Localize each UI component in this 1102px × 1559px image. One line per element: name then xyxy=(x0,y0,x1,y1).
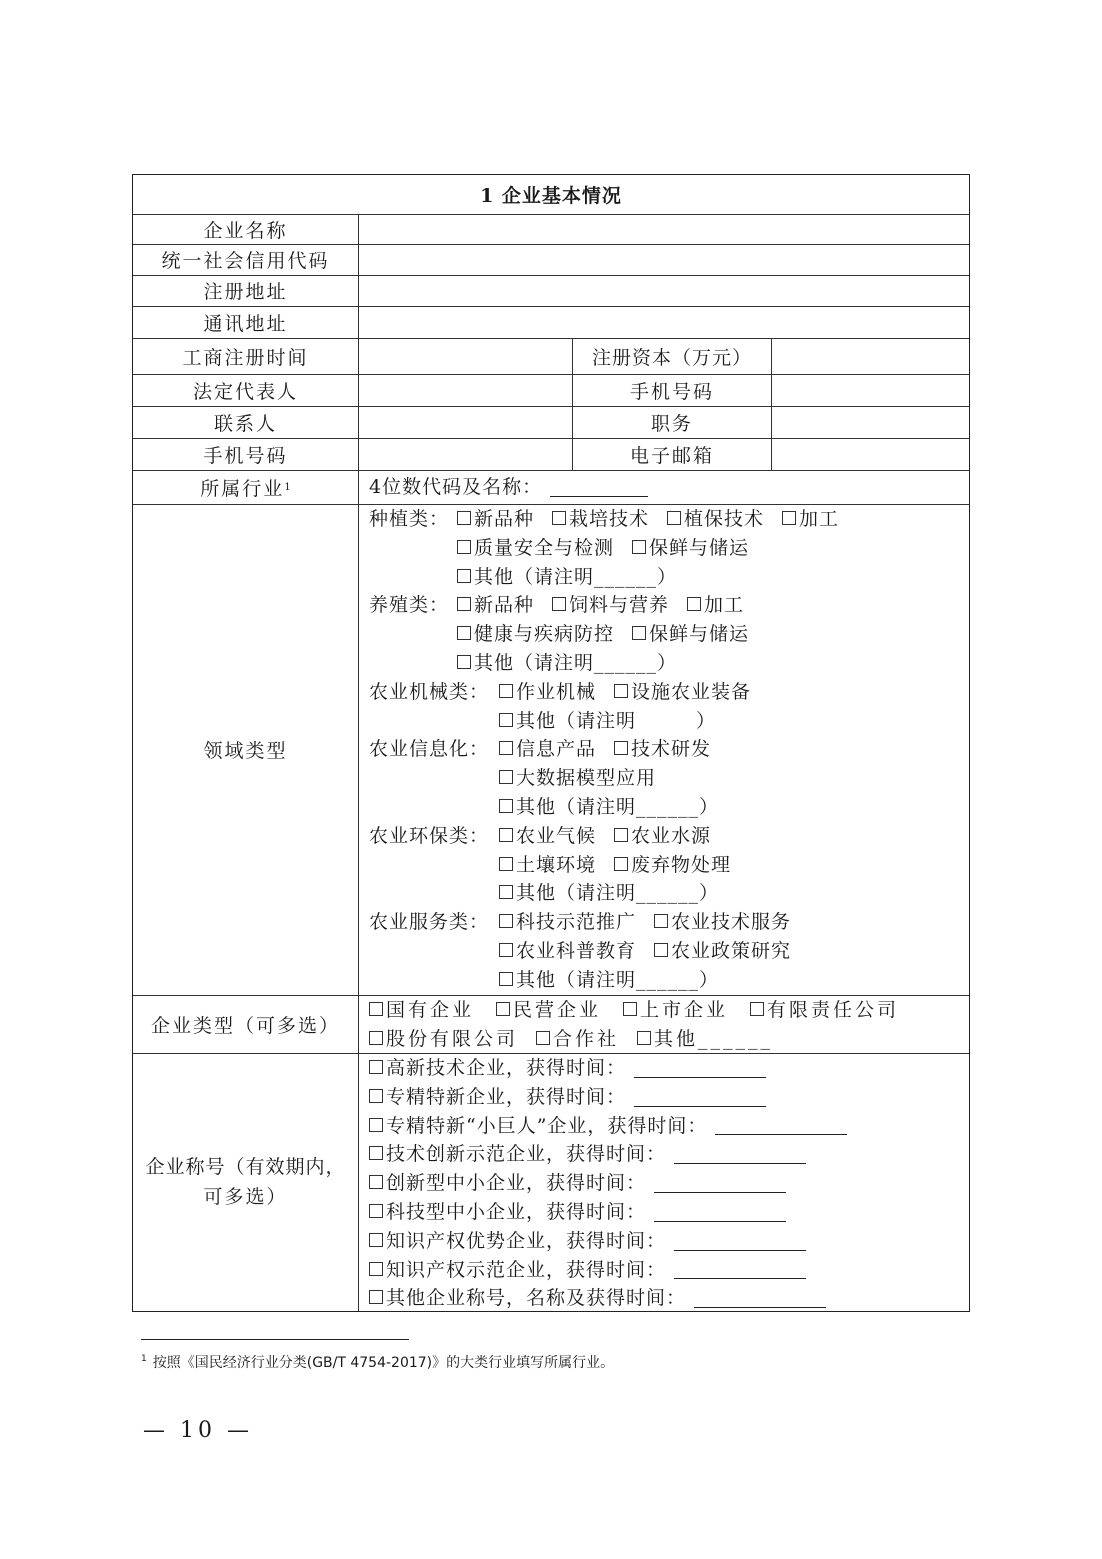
label-contact-person: 联系人 xyxy=(133,406,358,438)
domain-option-checkbox[interactable]: 其他（请注明______） xyxy=(499,793,719,822)
label-company-name: 企业名称 xyxy=(133,214,358,244)
domain-option-checkbox[interactable]: 其他（请注明______） xyxy=(457,563,677,592)
option-label: 技术研发 xyxy=(631,738,711,760)
enterprise-title-checkbox[interactable]: 技术创新示范企业，获得时间： xyxy=(369,1140,666,1169)
domain-option-row: 其他（请注明______） xyxy=(369,649,857,678)
domain-option-checkbox[interactable]: 农业政策研究 xyxy=(654,937,791,966)
date-obtained-blank[interactable] xyxy=(634,1059,766,1078)
checkbox-icon[interactable] xyxy=(369,1204,383,1218)
enterprise-title-checkbox[interactable]: 其他企业称号，名称及获得时间： xyxy=(369,1284,686,1313)
domain-option-checkbox[interactable]: 新品种 xyxy=(457,505,534,534)
enterprise-title-checkbox[interactable]: 科技型中小企业，获得时间： xyxy=(369,1198,646,1227)
domain-option-checkbox[interactable]: 植保技术 xyxy=(667,505,764,534)
option-label: 农业技术服务 xyxy=(671,911,791,933)
option-label: 专精特新“小巨人”企业，获得时间： xyxy=(386,1115,707,1137)
checkbox-icon[interactable] xyxy=(369,1060,383,1074)
option-label: 农业政策研究 xyxy=(671,940,791,962)
domain-option-checkbox[interactable]: 技术研发 xyxy=(614,735,711,764)
label-legal-rep-phone: 手机号码 xyxy=(573,374,771,406)
email-field[interactable] xyxy=(772,438,969,470)
enterprise-info-table: 1 企业基本情况 企业名称 统一社会信用代码 注册地址 通讯地址 工商注册时间 … xyxy=(132,174,970,1312)
domain-option-checkbox[interactable]: 质量安全与检测 xyxy=(457,534,614,563)
option-label: 大数据模型应用 xyxy=(516,767,656,789)
checkbox-icon[interactable] xyxy=(369,1262,383,1276)
enterprise-type-checkbox[interactable]: 股份有限公司 xyxy=(369,1025,518,1054)
domain-option-row: 种植类：新品种栽培技术植保技术加工 xyxy=(369,505,857,534)
label-contact-phone: 手机号码 xyxy=(133,438,358,470)
domain-option-checkbox[interactable]: 保鲜与储运 xyxy=(632,620,749,649)
domain-type-options: 种植类：新品种栽培技术植保技术加工质量安全与检测保鲜与储运其他（请注明_____… xyxy=(369,505,857,995)
checkbox-icon[interactable] xyxy=(632,540,646,554)
enterprise-type-checkbox[interactable]: 国有企业 xyxy=(369,996,474,1025)
domain-option-checkbox[interactable]: 农业科普教育 xyxy=(499,937,636,966)
option-label: 其他（请注明______） xyxy=(516,882,719,904)
checkbox-icon[interactable] xyxy=(614,684,628,698)
enterprise-title-row: 知识产权示范企业，获得时间： xyxy=(369,1256,847,1285)
option-label: 土壤环境 xyxy=(516,854,596,876)
option-label: 其他（请注明______） xyxy=(516,796,719,818)
label-registration-date: 工商注册时间 xyxy=(133,338,358,374)
domain-option-checkbox[interactable]: 健康与疾病防控 xyxy=(457,620,614,649)
domain-option-row: 大数据模型应用 xyxy=(369,764,857,793)
option-label: 其他（请注明______） xyxy=(474,652,677,674)
option-label: 其他企业称号，名称及获得时间： xyxy=(386,1287,686,1309)
domain-option-checkbox[interactable]: 其他（请注明______） xyxy=(499,966,719,995)
checkbox-icon[interactable] xyxy=(499,914,513,928)
checkbox-icon[interactable] xyxy=(499,943,513,957)
checkbox-icon[interactable] xyxy=(457,540,471,554)
domain-option-checkbox[interactable]: 农业水源 xyxy=(614,822,711,851)
domain-option-checkbox[interactable]: 饲料与营养 xyxy=(552,591,669,620)
domain-category-label: 农业机械类： xyxy=(369,678,499,707)
option-label: 民营企业 xyxy=(513,999,601,1021)
domain-option-row: 其他（请注明______） xyxy=(369,563,857,592)
option-label: 加工 xyxy=(799,508,839,530)
checkbox-icon[interactable] xyxy=(667,511,681,525)
domain-option-checkbox[interactable]: 农业气候 xyxy=(499,822,596,851)
domain-option-checkbox[interactable]: 信息产品 xyxy=(499,735,596,764)
enterprise-title-row: 其他企业称号，名称及获得时间： xyxy=(369,1284,847,1313)
legal-representative-field[interactable] xyxy=(359,374,572,406)
domain-category-label: 农业服务类： xyxy=(369,908,499,937)
enterprise-title-row: 知识产权优势企业，获得时间： xyxy=(369,1227,847,1256)
checkbox-icon[interactable] xyxy=(499,828,513,842)
table-title: 1 企业基本情况 xyxy=(133,175,969,214)
checkbox-icon[interactable] xyxy=(457,597,471,611)
footnote-text: 按照《国民经济行业分类(GB/T 4754-2017)》的大类行业填写所属行业。 xyxy=(153,1355,614,1371)
domain-option-checkbox[interactable]: 土壤环境 xyxy=(499,851,596,880)
checkbox-icon[interactable] xyxy=(457,655,471,669)
date-obtained-blank[interactable] xyxy=(674,1260,806,1279)
domain-option-checkbox[interactable]: 废弃物处理 xyxy=(614,851,731,880)
option-label: 知识产权示范企业，获得时间： xyxy=(386,1259,666,1281)
checkbox-icon[interactable] xyxy=(499,972,513,986)
checkbox-icon[interactable] xyxy=(457,626,471,640)
mailing-address-field[interactable] xyxy=(359,306,969,338)
option-label: 上市企业 xyxy=(640,999,728,1021)
option-label: 专精特新企业，获得时间： xyxy=(386,1086,626,1108)
option-label: 创新型中小企业，获得时间： xyxy=(386,1172,646,1194)
label-enterprise-type: 企业类型（可多选） xyxy=(133,995,358,1053)
enterprise-type-checkbox[interactable]: 有限责任公司 xyxy=(750,996,899,1025)
option-label: 科技型中小企业，获得时间： xyxy=(386,1201,646,1223)
legal-rep-phone-field[interactable] xyxy=(772,374,969,406)
domain-option-row: 健康与疾病防控保鲜与储运 xyxy=(369,620,857,649)
checkbox-icon[interactable] xyxy=(499,799,513,813)
date-obtained-blank[interactable] xyxy=(674,1232,806,1251)
checkbox-icon[interactable] xyxy=(499,885,513,899)
registered-address-field[interactable] xyxy=(359,275,969,306)
enterprise-type-checkbox[interactable]: 民营企业 xyxy=(496,996,601,1025)
checkbox-icon[interactable] xyxy=(369,1089,383,1103)
option-label: 废弃物处理 xyxy=(631,854,731,876)
checkbox-icon[interactable] xyxy=(369,1175,383,1189)
option-label: 保鲜与储运 xyxy=(649,537,749,559)
domain-option-checkbox[interactable]: 大数据模型应用 xyxy=(499,764,656,793)
domain-option-row: 质量安全与检测保鲜与储运 xyxy=(369,534,857,563)
option-label: 农业水源 xyxy=(631,825,711,847)
domain-category-label: 农业信息化： xyxy=(369,735,499,764)
footnote-number: 1 xyxy=(141,1354,147,1364)
checkbox-icon[interactable] xyxy=(614,857,628,871)
checkbox-icon[interactable] xyxy=(369,1118,383,1132)
checkbox-icon[interactable] xyxy=(496,1002,510,1016)
checkbox-icon[interactable] xyxy=(782,511,796,525)
titles-label-line1: 企业称号（有效期内， xyxy=(145,1152,345,1182)
checkbox-icon[interactable] xyxy=(654,943,668,957)
checkbox-icon[interactable] xyxy=(637,1031,651,1045)
checkbox-icon[interactable] xyxy=(614,828,628,842)
option-label: 合作社 xyxy=(553,1028,619,1050)
titles-label-line2: 可多选） xyxy=(203,1182,287,1212)
checkbox-icon[interactable] xyxy=(614,741,628,755)
domain-category-label: 农业环保类： xyxy=(369,822,499,851)
checkbox-icon[interactable] xyxy=(750,1002,764,1016)
industry-code-blank[interactable] xyxy=(550,478,648,497)
enterprise-title-row: 科技型中小企业，获得时间： xyxy=(369,1198,847,1227)
enterprise-type-checkbox[interactable]: 合作社 xyxy=(536,1025,619,1054)
label-email: 电子邮箱 xyxy=(573,438,771,470)
option-label: 国有企业 xyxy=(386,999,474,1021)
option-label: 新品种 xyxy=(474,594,534,616)
domain-option-checkbox[interactable]: 科技示范推广 xyxy=(499,908,636,937)
checkbox-icon[interactable] xyxy=(499,857,513,871)
checkbox-icon[interactable] xyxy=(536,1031,550,1045)
domain-option-checkbox[interactable]: 加工 xyxy=(782,505,839,534)
label-legal-representative: 法定代表人 xyxy=(133,374,358,406)
option-label: 信息产品 xyxy=(516,738,596,760)
option-label: 高新技术企业，获得时间： xyxy=(386,1057,626,1079)
domain-option-checkbox[interactable]: 其他（请注明______） xyxy=(457,649,677,678)
contact-phone-field[interactable] xyxy=(359,438,572,470)
footnote: 1按照《国民经济行业分类(GB/T 4754-2017)》的大类行业填写所属行业… xyxy=(141,1352,614,1372)
option-label: 知识产权优势企业，获得时间： xyxy=(386,1230,666,1252)
domain-option-row: 其他（请注明 ） xyxy=(369,707,857,736)
enterprise-title-checkbox[interactable]: 专精特新企业，获得时间： xyxy=(369,1083,626,1112)
domain-option-checkbox[interactable]: 设施农业装备 xyxy=(614,678,751,707)
checkbox-icon[interactable] xyxy=(552,511,566,525)
page-number: — 10 — xyxy=(143,1418,253,1443)
enterprise-type-checkbox[interactable]: 上市企业 xyxy=(623,996,728,1025)
checkbox-icon[interactable] xyxy=(654,914,668,928)
credit-code-field[interactable] xyxy=(359,244,969,275)
option-label: 技术创新示范企业，获得时间： xyxy=(386,1143,666,1165)
option-label: 保鲜与储运 xyxy=(649,623,749,645)
option-label: 加工 xyxy=(704,594,744,616)
enterprise-title-checkbox[interactable]: 知识产权示范企业，获得时间： xyxy=(369,1256,666,1285)
checkbox-icon[interactable] xyxy=(369,1031,383,1045)
label-industry: 所属行业1 xyxy=(133,470,358,504)
industry-prompt: 4位数代码及名称： xyxy=(369,473,542,502)
registration-date-field[interactable] xyxy=(359,338,572,374)
enterprise-title-row: 专精特新企业，获得时间： xyxy=(369,1083,847,1112)
checkbox-icon[interactable] xyxy=(623,1002,637,1016)
option-label: 农业科普教育 xyxy=(516,940,636,962)
position-field[interactable] xyxy=(772,406,969,438)
checkbox-icon[interactable] xyxy=(499,770,513,784)
domain-option-row: 土壤环境废弃物处理 xyxy=(369,851,857,880)
enterprise-title-row: 专精特新“小巨人”企业，获得时间： xyxy=(369,1112,847,1141)
date-obtained-blank[interactable] xyxy=(654,1203,786,1222)
enterprise-title-options: 高新技术企业，获得时间：专精特新企业，获得时间：专精特新“小巨人”企业，获得时间… xyxy=(369,1054,847,1313)
domain-option-checkbox[interactable]: 其他（请注明 ） xyxy=(499,707,716,736)
option-label: 饲料与营养 xyxy=(569,594,669,616)
domain-option-checkbox[interactable]: 栽培技术 xyxy=(552,505,649,534)
option-label: 股份有限公司 xyxy=(386,1028,518,1050)
checkbox-icon[interactable] xyxy=(499,713,513,727)
checkbox-icon[interactable] xyxy=(369,1233,383,1247)
company-name-field[interactable] xyxy=(359,214,969,244)
checkbox-icon[interactable] xyxy=(369,1146,383,1160)
domain-option-checkbox[interactable]: 新品种 xyxy=(457,591,534,620)
date-obtained-blank[interactable] xyxy=(634,1088,766,1107)
option-label: 栽培技术 xyxy=(569,508,649,530)
option-label: 质量安全与检测 xyxy=(474,537,614,559)
option-label: 科技示范推广 xyxy=(516,911,636,933)
domain-option-row: 其他（请注明______） xyxy=(369,966,857,995)
domain-option-row: 养殖类：新品种饲料与营养加工 xyxy=(369,591,857,620)
option-label: 其他（请注明______） xyxy=(516,969,719,991)
date-obtained-blank[interactable] xyxy=(694,1289,826,1308)
checkbox-icon[interactable] xyxy=(499,741,513,755)
enterprise-title-checkbox[interactable]: 专精特新“小巨人”企业，获得时间： xyxy=(369,1112,707,1141)
domain-option-checkbox[interactable]: 加工 xyxy=(687,591,744,620)
checkbox-icon[interactable] xyxy=(369,1002,383,1016)
label-registered-capital: 注册资本（万元） xyxy=(573,338,771,374)
footnote-separator xyxy=(141,1339,409,1340)
registered-capital-field[interactable] xyxy=(772,338,969,374)
label-domain-type: 领域类型 xyxy=(133,504,358,995)
checkbox-icon[interactable] xyxy=(687,597,701,611)
domain-option-checkbox[interactable]: 农业技术服务 xyxy=(654,908,791,937)
industry-code-field[interactable]: 4位数代码及名称： xyxy=(369,473,648,502)
label-credit-code: 统一社会信用代码 xyxy=(133,244,358,275)
label-mailing-address: 通讯地址 xyxy=(133,306,358,338)
domain-category-label: 养殖类： xyxy=(369,591,457,620)
domain-option-checkbox[interactable]: 保鲜与储运 xyxy=(632,534,749,563)
enterprise-title-checkbox[interactable]: 高新技术企业，获得时间： xyxy=(369,1054,626,1083)
date-obtained-blank[interactable] xyxy=(715,1116,847,1135)
option-label: 其他（请注明______） xyxy=(474,566,677,588)
label-enterprise-titles: 企业称号（有效期内， 可多选） xyxy=(133,1053,358,1311)
checkbox-icon[interactable] xyxy=(632,626,646,640)
domain-category-label: 种植类： xyxy=(369,505,457,534)
checkbox-icon[interactable] xyxy=(457,569,471,583)
checkbox-icon[interactable] xyxy=(499,684,513,698)
option-label: 健康与疾病防控 xyxy=(474,623,614,645)
date-obtained-blank[interactable] xyxy=(654,1174,786,1193)
domain-option-row: 农业机械类：作业机械设施农业装备 xyxy=(369,678,857,707)
domain-option-checkbox[interactable]: 作业机械 xyxy=(499,678,596,707)
enterprise-title-row: 高新技术企业，获得时间： xyxy=(369,1054,847,1083)
domain-option-checkbox[interactable]: 其他（请注明______） xyxy=(499,879,719,908)
option-label: 农业气候 xyxy=(516,825,596,847)
enterprise-title-checkbox[interactable]: 创新型中小企业，获得时间： xyxy=(369,1169,646,1198)
option-label: 其他（请注明 ） xyxy=(516,710,716,732)
domain-option-row: 农业环保类：农业气候农业水源 xyxy=(369,822,857,851)
option-label: 有限责任公司 xyxy=(767,999,899,1021)
industry-label-text: 所属行业 xyxy=(200,474,284,501)
checkbox-icon[interactable] xyxy=(552,597,566,611)
enterprise-title-row: 创新型中小企业，获得时间： xyxy=(369,1169,847,1198)
checkbox-icon[interactable] xyxy=(457,511,471,525)
option-label: 设施农业装备 xyxy=(631,681,751,703)
date-obtained-blank[interactable] xyxy=(674,1145,806,1164)
contact-person-field[interactable] xyxy=(359,406,572,438)
enterprise-title-row: 技术创新示范企业，获得时间： xyxy=(369,1140,847,1169)
option-label: 其他______ xyxy=(654,1028,773,1050)
domain-option-row: 农业信息化：信息产品技术研发 xyxy=(369,735,857,764)
footnote-marker: 1 xyxy=(284,482,290,493)
enterprise-type-checkbox[interactable]: 其他______ xyxy=(637,1025,773,1054)
domain-option-row: 农业服务类：科技示范推广农业技术服务 xyxy=(369,908,857,937)
option-label: 作业机械 xyxy=(516,681,596,703)
label-registered-address: 注册地址 xyxy=(133,275,358,306)
label-position: 职务 xyxy=(573,406,771,438)
domain-option-row: 其他（请注明______） xyxy=(369,793,857,822)
domain-option-row: 其他（请注明______） xyxy=(369,879,857,908)
option-label: 新品种 xyxy=(474,508,534,530)
enterprise-title-checkbox[interactable]: 知识产权优势企业，获得时间： xyxy=(369,1227,666,1256)
enterprise-type-options: 国有企业民营企业上市企业有限责任公司 股份有限公司合作社其他______ xyxy=(369,996,921,1054)
option-label: 植保技术 xyxy=(684,508,764,530)
domain-option-row: 农业科普教育农业政策研究 xyxy=(369,937,857,966)
checkbox-icon[interactable] xyxy=(369,1290,383,1304)
